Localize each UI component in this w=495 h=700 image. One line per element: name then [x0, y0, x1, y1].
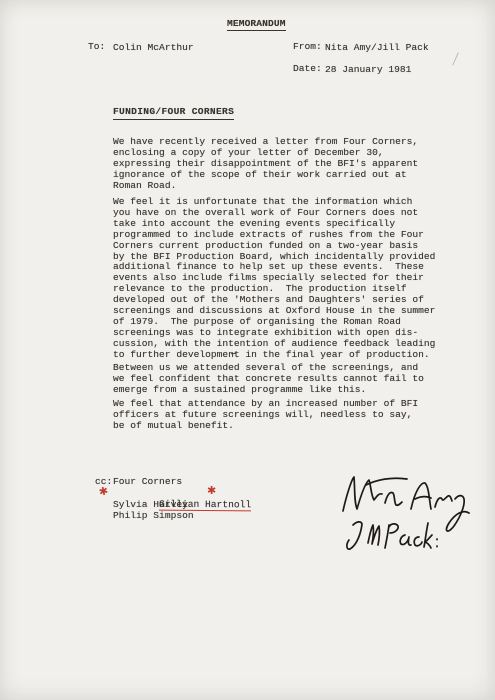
cc-block: cc: Four Corners ✱Gillian Hartnoll✱ Sylv… — [95, 476, 295, 526]
paragraph-1: We have recently received a letter from … — [113, 137, 418, 192]
from-label: From: — [293, 41, 322, 52]
red-asterisk-icon: ✱ — [98, 485, 109, 498]
date-value: 28 January 1981 — [325, 64, 411, 75]
subject-heading: FUNDING/FOUR CORNERS — [113, 106, 234, 120]
to-value: Colin McArthur — [113, 42, 194, 53]
paragraph-2: We feel it is unfortunate that the infor… — [113, 197, 435, 361]
cc-item-highlighted-name: Gillian Hartnoll — [159, 498, 251, 511]
paragraph-3: Between us we attended several of the sc… — [113, 363, 424, 396]
signature-jill-pack — [347, 522, 437, 549]
signature-block — [333, 469, 478, 564]
memo-title: MEMORANDUM — [227, 18, 286, 31]
to-label: To: — [88, 41, 105, 52]
memorandum-document: MEMORANDUM To: Colin McArthur From: Nita… — [0, 0, 495, 700]
cc-item-annotated: ✱Gillian Hartnoll✱ — [113, 487, 251, 498]
paragraph-4: We feel that attendance by an increased … — [113, 399, 418, 432]
red-asterisk-icon: ✱ — [207, 485, 216, 496]
cc-item: Four Corners — [113, 476, 251, 487]
from-value: Nita Amy/Jill Pack — [325, 42, 429, 53]
date-label: Date: — [293, 63, 322, 74]
scan-artifact — [452, 52, 459, 65]
